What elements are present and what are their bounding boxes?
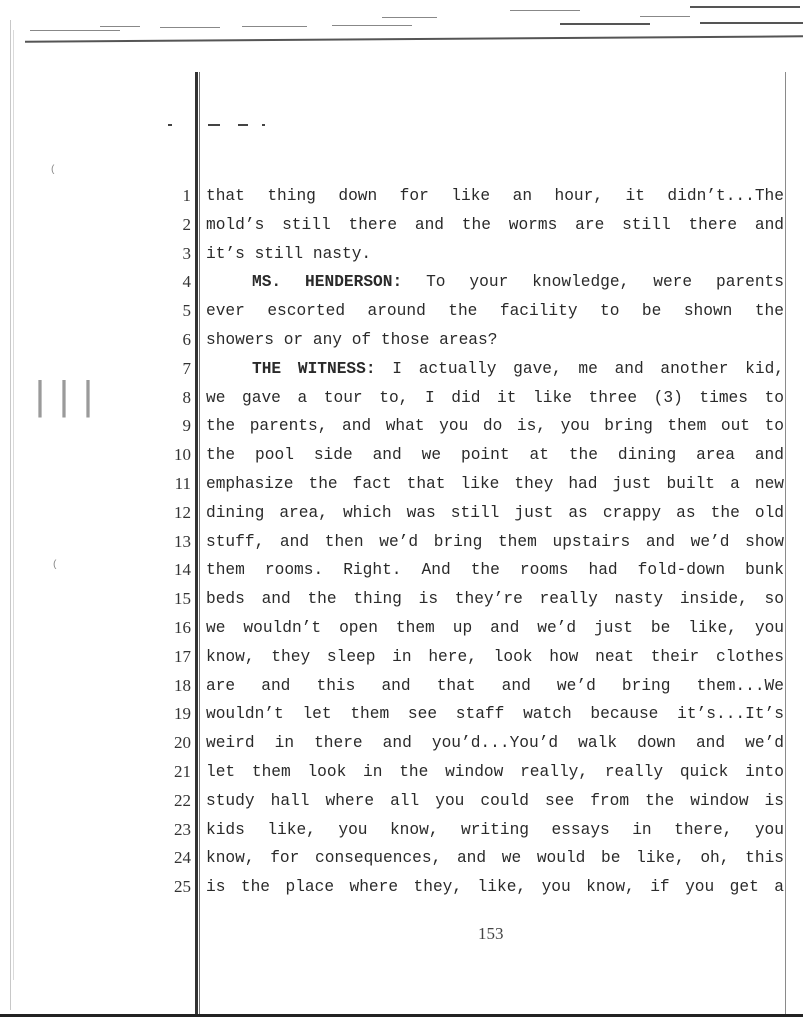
line-text: stuff, and then we’d bring them upstairs… [206, 528, 784, 557]
transcript-line: 2mold’s still there and the worms are st… [150, 211, 790, 240]
line-body: know, for consequences, and we would be … [206, 849, 784, 867]
header-rule [560, 23, 650, 25]
transcript-line: 8we gave a tour to, I did it like three … [150, 384, 790, 413]
line-body: To your knowledge, were parents [402, 273, 784, 291]
header-rule [640, 16, 690, 17]
line-body: I actually gave, me and another kid, [376, 360, 784, 378]
line-number: 11 [150, 470, 191, 499]
line-number: 22 [150, 787, 191, 816]
transcript-line: 24know, for consequences, and we would b… [150, 844, 790, 873]
line-body: it’s still nasty. [206, 245, 371, 263]
header-rule [510, 10, 580, 11]
line-number: 18 [150, 672, 191, 701]
line-text: the pool side and we point at the dining… [206, 441, 784, 470]
line-number: 25 [150, 873, 191, 902]
line-body: study hall where all you could see from … [206, 792, 784, 810]
line-text: study hall where all you could see from … [206, 787, 784, 816]
header-rule [690, 6, 800, 8]
transcript-line: 23kids like, you know, writing essays in… [150, 816, 790, 845]
transcript-line: 20weird in there and you’d...You’d walk … [150, 729, 790, 758]
line-text: we gave a tour to, I did it like three (… [206, 384, 784, 413]
transcript-line: 14them rooms. Right. And the rooms had f… [150, 556, 790, 585]
line-number: 17 [150, 643, 191, 672]
line-body: let them look in the window really, real… [206, 763, 784, 781]
transcript-line: 16we wouldn’t open them up and we’d just… [150, 614, 790, 643]
line-number: 6 [150, 326, 191, 355]
line-number: 4 [150, 268, 191, 297]
line-body: mold’s still there and the worms are sti… [206, 216, 784, 234]
transcript-line: 15beds and the thing is they’re really n… [150, 585, 790, 614]
line-number: 5 [150, 297, 191, 326]
line-body: emphasize the fact that like they had ju… [206, 475, 784, 493]
line-number: 15 [150, 585, 191, 614]
line-body: are and this and that and we’d bring the… [206, 677, 784, 695]
scan-artifact: ||| [28, 380, 100, 420]
header-rule [382, 17, 437, 18]
line-number: 20 [150, 729, 191, 758]
line-body: we wouldn’t open them up and we’d just b… [206, 619, 784, 637]
line-number: 19 [150, 700, 191, 729]
line-body: the pool side and we point at the dining… [206, 446, 784, 464]
line-text: emphasize the fact that like they had ju… [206, 470, 784, 499]
line-text: know, they sleep in here, look how neat … [206, 643, 784, 672]
line-body: weird in there and you’d...You’d walk do… [206, 734, 784, 752]
line-body: dining area, which was still just as cra… [206, 504, 784, 522]
line-number: 12 [150, 499, 191, 528]
line-text: dining area, which was still just as cra… [206, 499, 784, 528]
transcript-line: 6showers or any of those areas? [150, 326, 790, 355]
line-number: 23 [150, 816, 191, 845]
scan-artifact: ( [52, 560, 58, 571]
margin-dash [208, 124, 220, 126]
line-text: let them look in the window really, real… [206, 758, 784, 787]
transcript-lines: 1that thing down for like an hour, it di… [150, 182, 790, 902]
line-body: wouldn’t let them see staff watch becaus… [206, 705, 784, 723]
line-text: weird in there and you’d...You’d walk do… [206, 729, 784, 758]
line-number: 2 [150, 211, 191, 240]
transcript-line: 10the pool side and we point at the dini… [150, 441, 790, 470]
speaker-label: MS. HENDERSON: [252, 273, 402, 291]
page-edge-line [10, 20, 11, 1010]
line-text: wouldn’t let them see staff watch becaus… [206, 700, 784, 729]
transcript-line: 12dining area, which was still just as c… [150, 499, 790, 528]
margin-dash [168, 124, 172, 126]
line-body: know, they sleep in here, look how neat … [206, 648, 784, 666]
header-rule [242, 26, 307, 27]
line-text: it’s still nasty. [206, 240, 784, 269]
line-text: MS. HENDERSON: To your knowledge, were p… [206, 268, 784, 297]
header-rule [25, 35, 803, 42]
line-text: are and this and that and we’d bring the… [206, 672, 784, 701]
transcript-line: 3it’s still nasty. [150, 240, 790, 269]
line-number: 1 [150, 182, 191, 211]
line-body: them rooms. Right. And the rooms had fol… [206, 561, 784, 579]
line-text: mold’s still there and the worms are sti… [206, 211, 784, 240]
line-text: showers or any of those areas? [206, 326, 784, 355]
line-number: 10 [150, 441, 191, 470]
line-text: them rooms. Right. And the rooms had fol… [206, 556, 784, 585]
transcript-line: 7THE WITNESS: I actually gave, me and an… [150, 355, 790, 384]
line-body: stuff, and then we’d bring them upstairs… [206, 533, 784, 551]
line-number: 13 [150, 528, 191, 557]
margin-dash [238, 124, 248, 126]
transcript-line: 22study hall where all you could see fro… [150, 787, 790, 816]
line-body: kids like, you know, writing essays in t… [206, 821, 784, 839]
transcript-line: 11emphasize the fact that like they had … [150, 470, 790, 499]
page-edge-line [13, 30, 14, 980]
transcript-line: 25is the place where they, like, you kno… [150, 873, 790, 902]
line-number: 7 [150, 355, 191, 384]
line-text: kids like, you know, writing essays in t… [206, 816, 784, 845]
transcript-line: 21let them look in the window really, re… [150, 758, 790, 787]
line-body: we gave a tour to, I did it like three (… [206, 389, 784, 407]
speaker-label: THE WITNESS: [252, 360, 376, 378]
transcript-line: 19wouldn’t let them see staff watch beca… [150, 700, 790, 729]
line-number: 9 [150, 412, 191, 441]
header-rule [100, 26, 140, 27]
line-number: 21 [150, 758, 191, 787]
transcript-line: 4MS. HENDERSON: To your knowledge, were … [150, 268, 790, 297]
line-text: beds and the thing is they’re really nas… [206, 585, 784, 614]
transcript-line: 5ever escorted around the facility to be… [150, 297, 790, 326]
line-number: 8 [150, 384, 191, 413]
line-body: is the place where they, like, you know,… [206, 878, 784, 896]
transcript-line: 9the parents, and what you do is, you br… [150, 412, 790, 441]
header-rule [332, 25, 412, 26]
scan-artifact: ( [50, 165, 56, 176]
transcript-line: 13stuff, and then we’d bring them upstai… [150, 528, 790, 557]
line-text: is the place where they, like, you know,… [206, 873, 784, 902]
line-body: that thing down for like an hour, it did… [206, 187, 784, 205]
transcript-line: 17know, they sleep in here, look how nea… [150, 643, 790, 672]
header-rule [30, 30, 120, 31]
line-number: 3 [150, 240, 191, 269]
line-number: 16 [150, 614, 191, 643]
line-text: know, for consequences, and we would be … [206, 844, 784, 873]
line-text: we wouldn’t open them up and we’d just b… [206, 614, 784, 643]
line-body: ever escorted around the facility to be … [206, 302, 784, 320]
line-text: THE WITNESS: I actually gave, me and ano… [206, 355, 784, 384]
line-text: ever escorted around the facility to be … [206, 297, 784, 326]
line-body: beds and the thing is they’re really nas… [206, 590, 784, 608]
line-number: 24 [150, 844, 191, 873]
header-rule [700, 22, 803, 24]
page-number: 153 [478, 924, 504, 944]
line-text: that thing down for like an hour, it did… [206, 182, 784, 211]
line-text: the parents, and what you do is, you bri… [206, 412, 784, 441]
line-body: showers or any of those areas? [206, 331, 497, 349]
header-rule [160, 27, 220, 28]
transcript-line: 18are and this and that and we’d bring t… [150, 672, 790, 701]
line-body: the parents, and what you do is, you bri… [206, 417, 784, 435]
transcript-line: 1that thing down for like an hour, it di… [150, 182, 790, 211]
margin-dash [262, 124, 265, 126]
line-number: 14 [150, 556, 191, 585]
